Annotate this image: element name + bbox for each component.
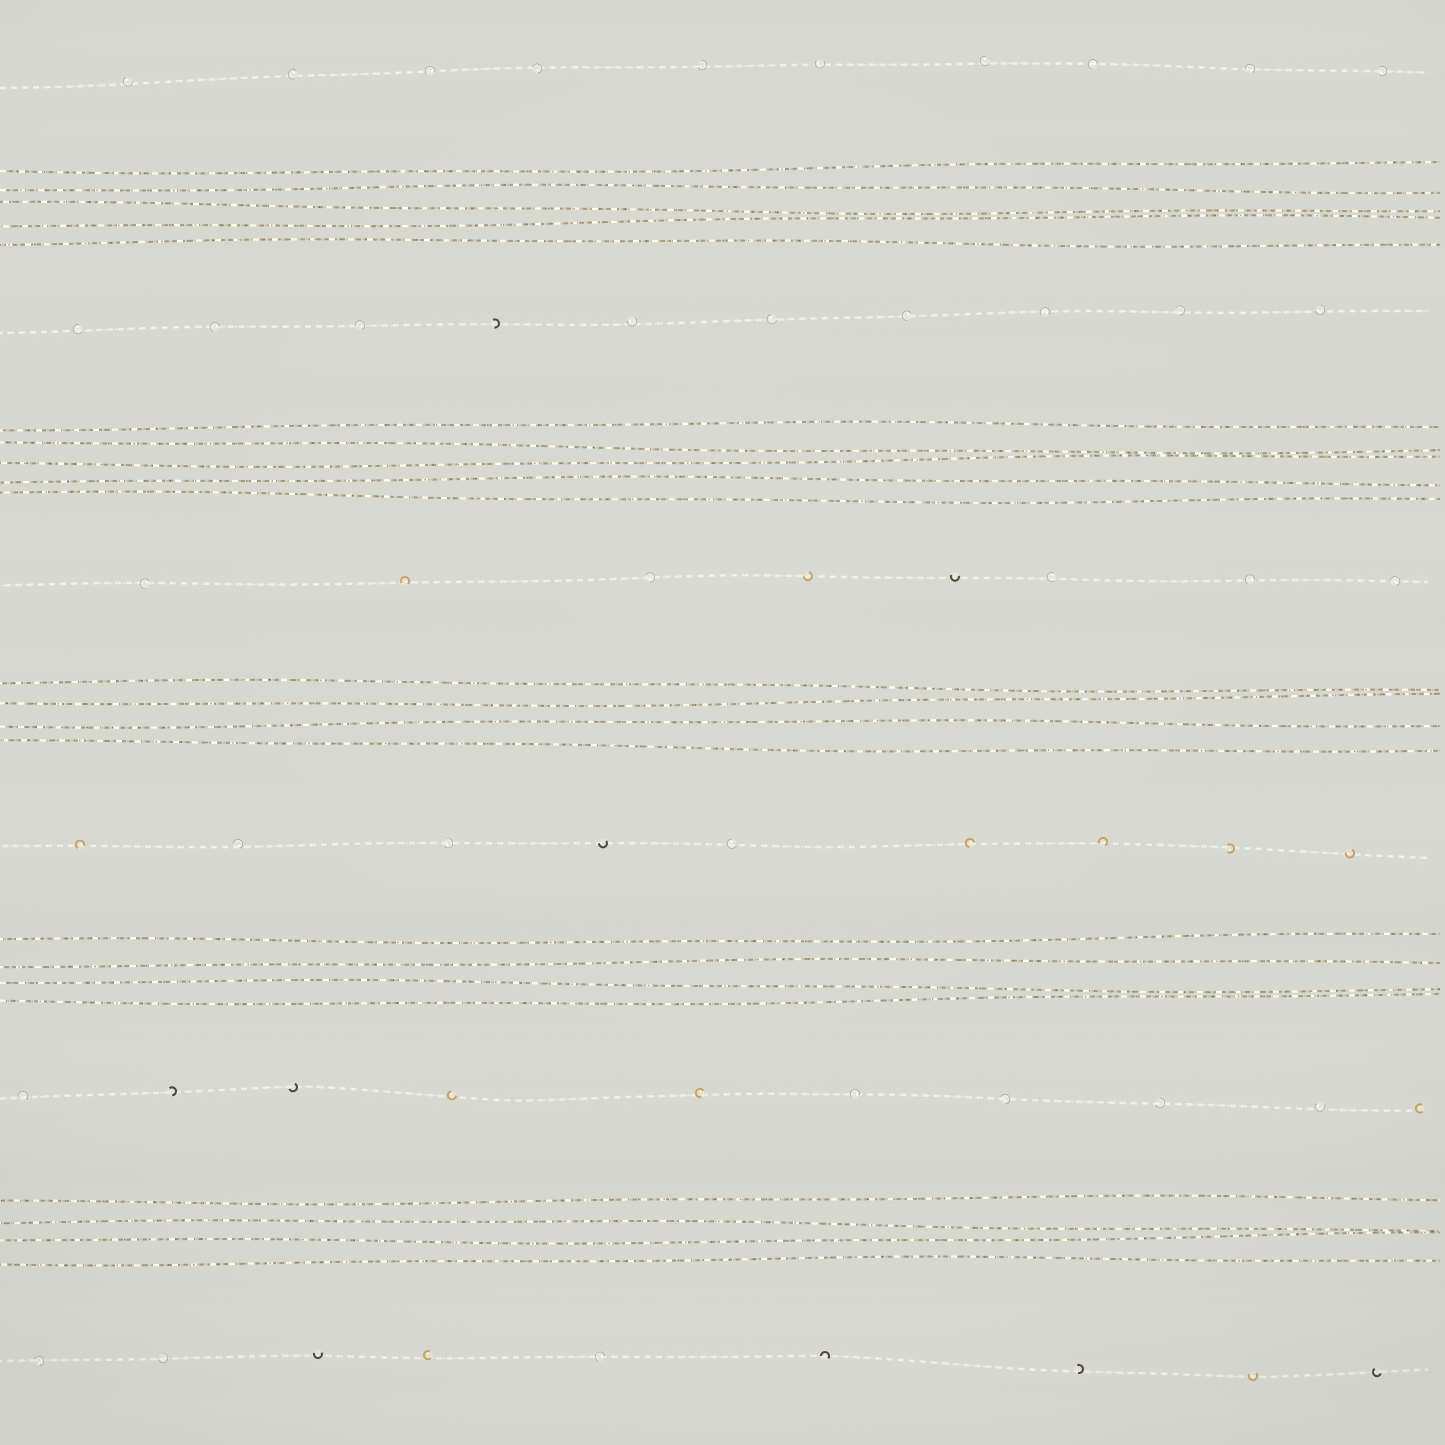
- photo-sheen-overlay: [0, 0, 1445, 1445]
- fabric-swatch-image: [0, 0, 1445, 1445]
- fabric-texture-canvas: [0, 0, 1445, 1445]
